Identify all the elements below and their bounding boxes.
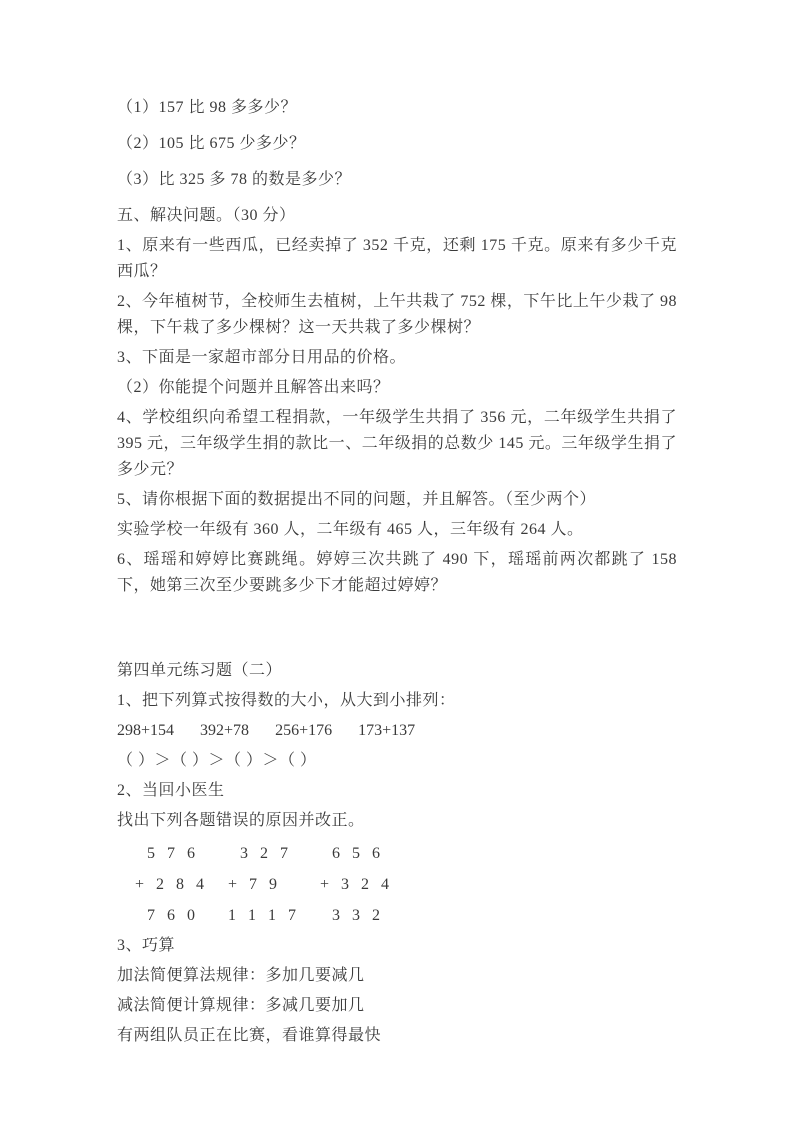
- problem-1: 1、原来有一些西瓜，已经卖掉了 352 千克，还剩 175 千克。原来有多少千克…: [117, 233, 677, 285]
- sub-question-1: （1）157 比 98 多多少？: [117, 95, 677, 121]
- section-five-heading: 五、解决问题。（30 分）: [117, 203, 677, 229]
- q1-prompt: 1、把下列算式按得数的大小，从大到小排列：: [117, 688, 677, 714]
- addition-2-sum: 1 1 1 7: [228, 900, 296, 931]
- problem-5-data: 实验学校一年级有 360 人，二年级有 465 人，三年级有 264 人。: [117, 517, 677, 543]
- addition-3-top: 6 5 6: [320, 838, 389, 869]
- problem-5: 5、请你根据下面的数据提出不同的问题，并且解答。（至少两个）: [117, 487, 677, 513]
- expression-4: 173+137: [358, 718, 415, 744]
- expression-3: 256+176: [275, 718, 332, 744]
- addition-1-bottom: + 2 8 4: [135, 869, 204, 900]
- addition-1-sum: 7 6 0: [135, 900, 204, 931]
- addition-problem-2: 3 2 7 + 7 9 1 1 1 7: [228, 838, 296, 931]
- worksheet-page: （1）157 比 98 多多少？ （2）105 比 675 少多少？ （3）比 …: [0, 0, 793, 1122]
- addition-2-bottom: + 7 9: [228, 869, 296, 900]
- addition-3-bottom: + 3 2 4: [320, 869, 389, 900]
- q1-answer-blanks: （ ）＞（ ）＞（ ）＞（ ）: [117, 748, 677, 774]
- addition-2-top: 3 2 7: [228, 838, 296, 869]
- section-gap: [117, 603, 677, 658]
- addition-problem-3: 6 5 6 + 3 2 4 3 3 2: [320, 838, 389, 931]
- q3-rule-sub: 减法简便计算规律：多减几要加几: [117, 993, 677, 1019]
- q1-expressions: 298+154 392+78 256+176 173+137: [117, 718, 677, 744]
- problem-4: 4、学校组织向希望工程捐款，一年级学生共捐了 356 元，二年级学生共捐了 39…: [117, 405, 677, 483]
- problem-3: 3、下面是一家超市部分日用品的价格。: [117, 345, 677, 371]
- column-addition-block: 5 7 6 + 2 8 4 7 6 0 3 2 7 + 7 9 1 1 1 7 …: [135, 838, 677, 931]
- addition-3-sum: 3 3 2: [320, 900, 389, 931]
- problem-2: 2、今年植树节，全校师生去植树，上午共栽了 752 棵，下午比上午少栽了 98 …: [117, 289, 677, 341]
- sub-question-3: （3）比 325 多 78 的数是多少？: [117, 167, 677, 193]
- q2-instruction: 找出下列各题错误的原因并改正。: [117, 808, 677, 834]
- unit-four-title: 第四单元练习题（二）: [117, 658, 677, 684]
- q2-prompt: 2、当回小医生: [117, 778, 677, 804]
- sub-question-2: （2）105 比 675 少多少？: [117, 131, 677, 157]
- problem-3-sub-question: （2）你能提个问题并且解答出来吗？: [117, 375, 677, 401]
- q3-rule-add: 加法简便算法规律：多加几要减几: [117, 963, 677, 989]
- expression-2: 392+78: [200, 718, 249, 744]
- problem-6: 6、瑶瑶和婷婷比赛跳绳。婷婷三次共跳了 490 下，瑶瑶前两次都跳了 158 下…: [117, 547, 677, 599]
- addition-1-top: 5 7 6: [135, 838, 204, 869]
- addition-problem-1: 5 7 6 + 2 8 4 7 6 0: [135, 838, 204, 931]
- q3-note: 有两组队员正在比赛，看谁算得最快: [117, 1023, 677, 1049]
- q3-prompt: 3、巧算: [117, 933, 677, 959]
- expression-1: 298+154: [117, 718, 174, 744]
